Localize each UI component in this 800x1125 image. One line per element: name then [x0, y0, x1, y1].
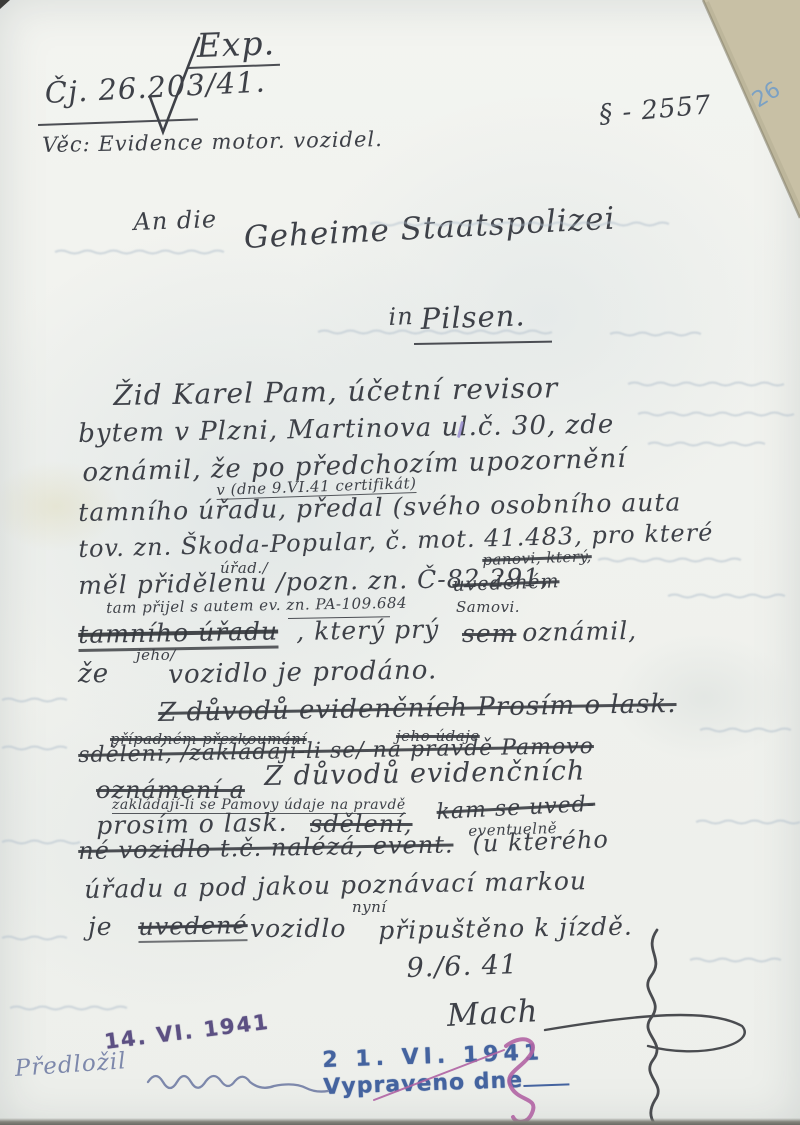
strikethrough-text: uvedené [138, 911, 248, 943]
body-line: je [88, 912, 113, 941]
predlozil-signature-squiggle [148, 1076, 328, 1092]
body-line: bytem v Plzni, Martinova ul.č. 30, zde [78, 410, 615, 449]
strikethrough-text: tamního úřadu [78, 617, 278, 652]
ink-strokes-overlay [0, 0, 800, 1125]
signature-flourish [648, 930, 659, 1124]
strikethrough-text: Z důvodů evidenčních Prosím o lask. [158, 689, 677, 728]
address-in: in [388, 302, 414, 331]
signature-sweep [545, 1015, 745, 1051]
body-line: (u kterého [472, 825, 609, 858]
received-stamp: 14. VI. 1941 [103, 1010, 271, 1054]
body-line: že [78, 659, 109, 689]
body-line: oznámil, [522, 616, 637, 647]
city-underline [414, 341, 552, 345]
address-recipient: Geheime Staatspolizei [243, 201, 616, 256]
body-line: vozidlo je prodáno. [168, 655, 438, 690]
subject-line: Věc: Evidence motor. vozidel. [42, 127, 383, 157]
strikethrough-text: sem [462, 619, 516, 648]
reference-underline [38, 118, 198, 126]
body-line-small: Samovi. [456, 598, 520, 616]
body-line: , který prý [296, 615, 439, 646]
address-an-die: An die [133, 205, 218, 236]
dispatch-blank-line [523, 1069, 570, 1087]
scan-edge [0, 1118, 800, 1125]
scan-corner-notch [0, 0, 10, 9]
closing-date: 9./6. 41 [406, 949, 519, 984]
body-line-small: tam přijel s autem ev. zn. PA-109.684 [106, 594, 407, 617]
body-line: Z důvodů evidenčních [264, 755, 585, 792]
address-city: Pilsen. [420, 298, 526, 336]
strikethrough-text: uvedeném [452, 570, 560, 596]
document-page: 26 Exp. Čj. 26.203/41. § - 2557 Věc: Evi… [0, 0, 800, 1125]
body-line: Žid Karel Pam, účetní revisor [113, 371, 559, 412]
body-line: připuštěno k jízdě. [378, 912, 633, 945]
insertion-nyni: nyní [352, 898, 387, 916]
predlozil-note: Předložil [14, 1048, 127, 1082]
file-number: § - 2557 [598, 90, 713, 130]
strikethrough-text: né vozidlo t.č. nalézá, event. [78, 830, 454, 865]
dispatch-stamp: 2 1. VI. 1941 Vypraveno dne [322, 1039, 570, 1100]
exp-label: Exp. [196, 23, 276, 65]
body-line: vozidlo [250, 914, 346, 943]
reference-number: Čj. 26.203/41. [44, 64, 266, 110]
body-line: úřadu a pod jakou poznávací markou [84, 866, 587, 904]
signature-name: Mach [446, 993, 539, 1034]
